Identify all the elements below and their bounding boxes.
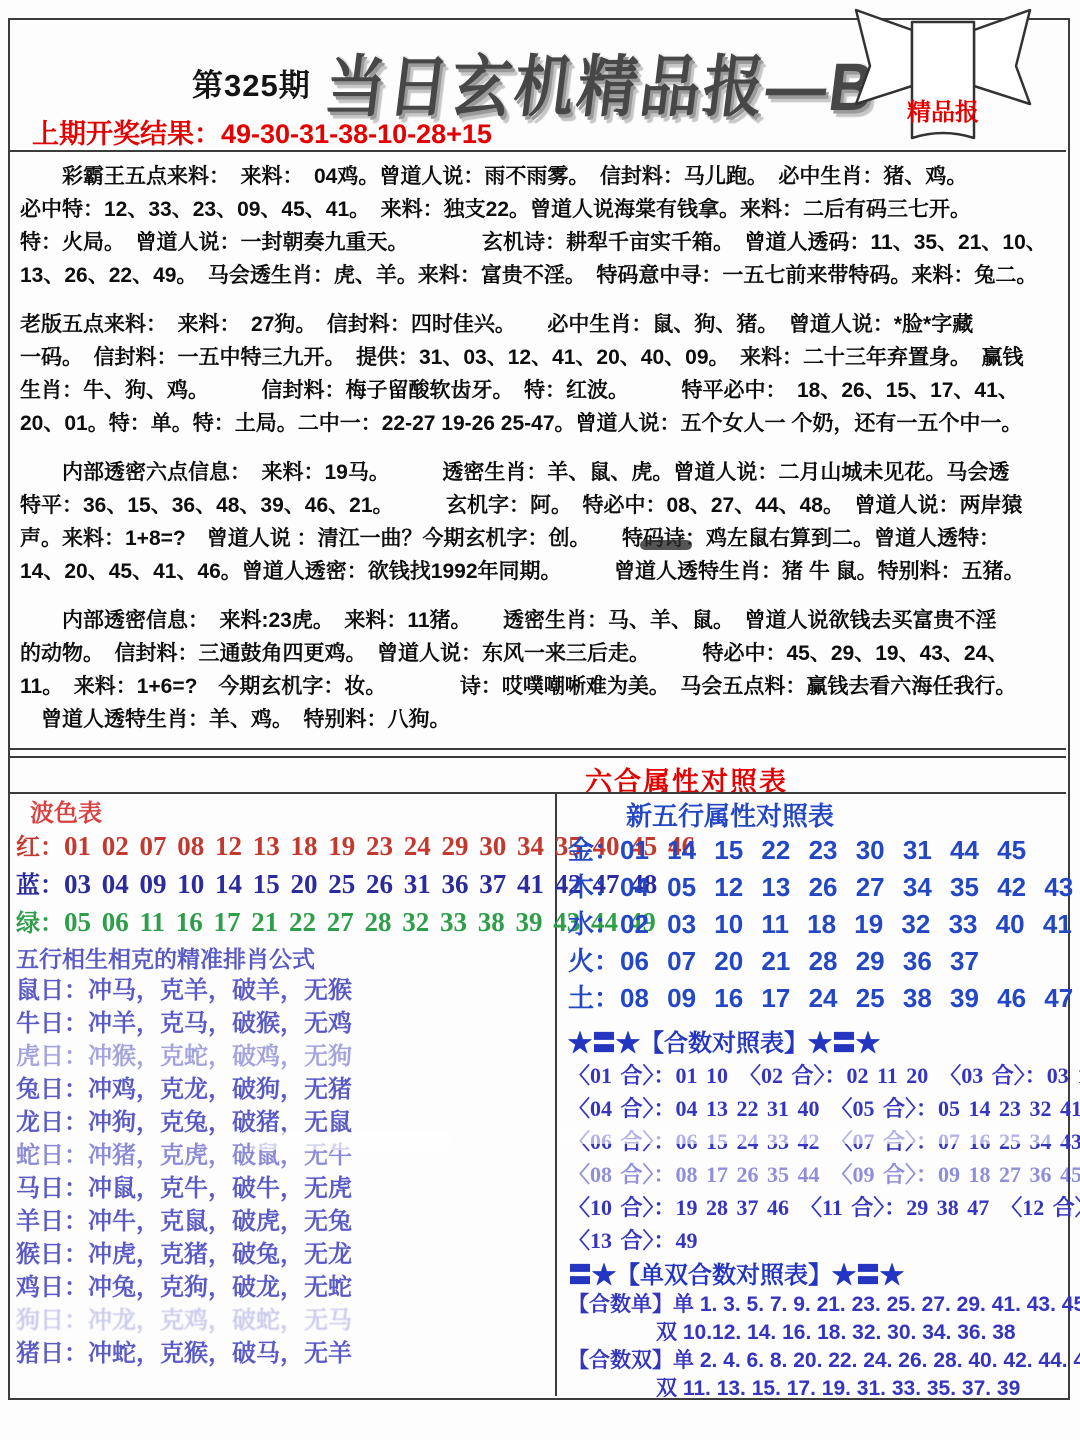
zodiac-row-ox: 牛日：冲羊，克马，破猴，无鸡: [16, 1007, 546, 1040]
green-wave-row: 绿：05 06 11 16 17 21 22 27 28 32 33 38 39…: [16, 904, 546, 942]
text-line: 曾道人透特生肖：羊、鸡。 特别料：八狗。: [20, 703, 1062, 736]
text-line: 的动物。 信封料：三通鼓角四更鸡。 曾道人说：东风一来三后走。 特必中：45、2…: [20, 637, 1062, 670]
zodiac-row-rat: 鼠日：冲马，克羊，破羊，无猴: [16, 974, 546, 1007]
zodiac-row-pig: 猪日：冲蛇，克猴，破马，无羊: [16, 1337, 546, 1370]
sum-row-4: 〈08 合〉：08 17 26 35 44 〈09 合〉：09 18 27 36…: [568, 1158, 1068, 1191]
text-line: 特平：36、15、36、48、39、46、21。 玄机字：阿。 特必中：08、2…: [20, 489, 1062, 522]
element-row-gold: 金：01 14 15 22 23 30 31 44 45: [568, 832, 1068, 869]
element-row-earth: 土：08 09 16 17 24 25 38 39 46 47: [568, 980, 1068, 1017]
table-header-line: [8, 792, 1066, 794]
formula-title: 五行相生相克的精准排肖公式: [16, 944, 546, 974]
header-divider: [8, 150, 1066, 152]
text-line: 一码。 信封料：一五中特三九开。 提供：31、03、12、41、20、40、09…: [20, 341, 1062, 374]
newspaper-page: 第325期 当日玄机精品报—B 精品报 上期开奖结果：49-30-31-38-1…: [0, 0, 1080, 1440]
text-line: 13、26、22、49。 马会透生肖：虎、羊。来料：富贵不淫。 特码意中寻：一五…: [20, 259, 1062, 292]
text-line: 内部透密信息： 来料:23虎。 来料：11猪。 透密生肖：马、羊、鼠。 曾道人说…: [20, 604, 1062, 637]
sum-odd-line-1: 【合数单】单 1. 3. 5. 7. 9. 21. 23. 25. 27. 29…: [568, 1291, 1068, 1319]
zodiac-row-goat: 羊日：冲牛，克鼠，破虎，无兔: [16, 1205, 546, 1238]
sum-odd-line-2: 双 10.12. 14. 16. 18. 32. 30. 34. 36. 38: [656, 1319, 1068, 1347]
five-elements-title: 新五行属性对照表: [626, 800, 1068, 832]
last-draw-result: 上期开奖结果：49-30-31-38-10-28+15: [32, 112, 492, 151]
sum-row-2: 〈04 合〉：04 13 22 31 40 〈05 合〉：05 14 23 32…: [568, 1092, 1068, 1125]
result-label: 上期开奖结果：: [32, 119, 221, 149]
blue-label: 蓝：: [16, 872, 64, 899]
issue-number: 第325期: [192, 60, 311, 105]
ribbon-right-wing: [974, 10, 1030, 104]
text-line: 必中特：12、33、23、09、45、41。 来料：独支22。曾道人说海棠有钱拿…: [20, 193, 1062, 226]
text-line: 11。 来料：1+6=? 今期玄机字：妆。 诗：哎噗嘲唽难为美。 马会五点料：赢…: [20, 670, 1062, 703]
paragraph-caibawang: 彩霸王五点来料： 来料： 04鸡。曾道人说：雨不雨雾。 信封料：马儿跑。 必中生…: [20, 160, 1062, 292]
paragraph-neibu-liudian: 内部透密六点信息： 来料：19马。 透密生肖：羊、鼠、虎。曾道人说：二月山城未见…: [20, 456, 1062, 588]
zodiac-row-dog: 狗日：冲龙，克鸡，破蛇，无马: [16, 1304, 546, 1337]
ribbon-left-wing: [856, 10, 912, 104]
green-numbers: 05 06 11 16 17 21 22 27 28 32 33 38 39 4…: [64, 907, 656, 937]
sum-row-6: 〈13 合〉：49: [568, 1224, 1068, 1257]
text-line: 20、01。特：单。特：土局。二中一：22-27 19-26 25-47。曾道人…: [20, 407, 1062, 440]
zodiac-row-rooster: 鸡日：冲兔，克狗，破龙，无蛇: [16, 1271, 546, 1304]
zodiac-row-rabbit: 兔日：冲鸡，克龙，破狗，无猪: [16, 1073, 546, 1106]
wave-color-column: 波色表 红：01 02 07 08 12 13 18 19 23 24 29 3…: [16, 800, 546, 1370]
result-numbers: 49-30-31-38-10-28+15: [221, 119, 492, 149]
sum-row-1: 〈01 合〉：01 10 〈02 合〉：02 11 20 〈03 合〉：03 1…: [568, 1059, 1068, 1092]
wave-color-title: 波色表: [30, 800, 546, 828]
ink-smudge: [640, 540, 692, 550]
zodiac-row-tiger: 虎日：冲猴，克蛇，破鸡，无狗: [16, 1040, 546, 1073]
text-line: 彩霸王五点来料： 来料： 04鸡。曾道人说：雨不雨雾。 信封料：马儿跑。 必中生…: [20, 160, 1062, 193]
sum-even-line-1: 【合数双】单 2. 4. 6. 8. 20. 22. 24. 26. 28. 4…: [568, 1347, 1068, 1375]
red-label: 红：: [16, 834, 64, 861]
element-row-water: 水：02 03 10 11 18 19 32 33 40 41 48 49: [568, 906, 1068, 943]
sum-even-line-2: 双 11. 13. 15. 17. 19. 31. 33. 35. 37. 39: [656, 1375, 1068, 1403]
zodiac-row-horse: 马日：冲鼠，克牛，破牛，无虎: [16, 1172, 546, 1205]
sum-row-5: 〈10 合〉：19 28 37 46 〈11 合〉：29 38 47 〈12 合…: [568, 1191, 1068, 1224]
text-line: 内部透密六点信息： 来料：19马。 透密生肖：羊、鼠、虎。曾道人说：二月山城未见…: [20, 456, 1062, 489]
five-elements-column: 新五行属性对照表 金：01 14 15 22 23 30 31 44 45 木：…: [568, 800, 1068, 1403]
print-smear: [560, 1128, 1065, 1144]
paragraph-neibu: 内部透密信息： 来料:23虎。 来料：11猪。 透密生肖：马、羊、鼠。 曾道人说…: [20, 604, 1062, 736]
tips-section: 彩霸王五点来料： 来料： 04鸡。曾道人说：雨不雨雾。 信封料：马儿跑。 必中生…: [20, 160, 1062, 752]
paragraph-laoban: 老版五点来料： 来料： 27狗。 信封料：四时佳兴。 必中生肖：鼠、狗、猪。 曾…: [20, 308, 1062, 440]
print-smear: [250, 1132, 450, 1150]
zodiac-row-monkey: 猴日：冲虎，克猪，破兔，无龙: [16, 1238, 546, 1271]
odd-even-sum-title: 〓★【单双合数对照表】★〓★: [568, 1261, 1068, 1291]
text-line: 老版五点来料： 来料： 27狗。 信封料：四时佳兴。 必中生肖：鼠、狗、猪。 曾…: [20, 308, 1062, 341]
table-top-line: [8, 756, 1066, 758]
body-bottom-line: [8, 748, 1066, 750]
blue-wave-row: 蓝：03 04 09 10 14 15 20 25 26 31 36 37 41…: [16, 866, 546, 904]
text-line: 特：火局。 曾道人说：一封朝奏九重天。 玄机诗：耕犁千亩实千箱。 曾道人透码：1…: [20, 226, 1062, 259]
text-line: 声。来料：1+8=? 曾道人说 ：清江一曲？今期玄机字：创。 特码诗：鸡左鼠右算…: [20, 522, 1062, 555]
sum-table-title: ★〓★【合数对照表】★〓★: [568, 1029, 1068, 1059]
ribbon-label: 精品报: [907, 98, 979, 126]
green-label: 绿：: [16, 910, 64, 937]
ribbon-banner: 精品报: [848, 6, 1038, 148]
red-wave-row: 红：01 02 07 08 12 13 18 19 23 24 29 30 34…: [16, 828, 546, 866]
text-line: 14、20、45、41、46。曾道人透密：欲钱找1992年同期。 曾道人透特生肖…: [20, 555, 1062, 588]
text-line: 生肖：牛、狗、鸡。 信封料：梅子留酸软齿牙。 特：红波。 特平必中： 18、26…: [20, 374, 1062, 407]
element-row-fire: 火：06 07 20 21 28 29 36 37: [568, 943, 1068, 980]
element-row-wood: 木：04 05 12 13 26 27 34 35 42 43: [568, 869, 1068, 906]
